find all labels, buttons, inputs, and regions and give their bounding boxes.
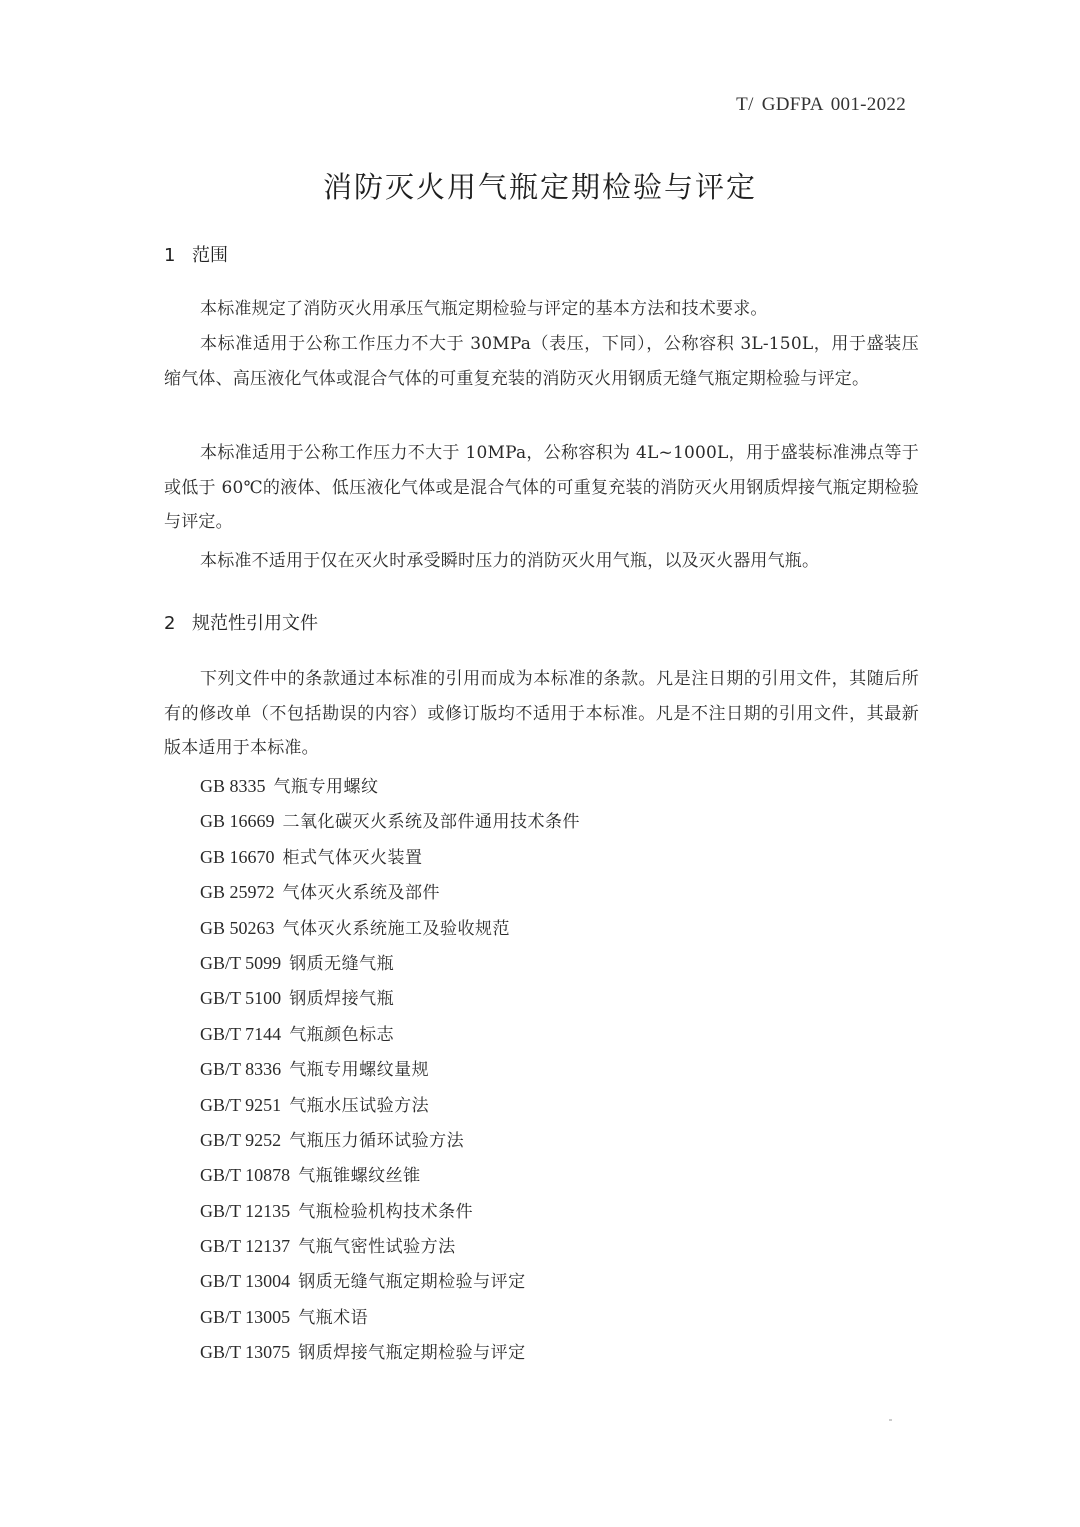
scope-paragraph-4: 本标准不适用于仅在灭火时承受瞬时压力的消防灭火用气瓶，以及灭火器用气瓶。 xyxy=(164,544,919,579)
reference-code: GB/T 8336 xyxy=(200,1059,281,1079)
reference-item: GB/T 13075钢质焊接气瓶定期检验与评定 xyxy=(200,1339,580,1374)
section-number: 2 xyxy=(164,613,192,634)
reference-item: GB/T 12135气瓶检验机构技术条件 xyxy=(200,1198,580,1233)
reference-code: GB/T 5100 xyxy=(200,988,281,1008)
reference-code: GB 25972 xyxy=(200,882,275,902)
section-number: 1 xyxy=(164,245,192,266)
reference-title: 气瓶水压试验方法 xyxy=(289,1096,429,1116)
reference-item: GB/T 8336气瓶专用螺纹量规 xyxy=(200,1056,580,1091)
reference-code: GB/T 12137 xyxy=(200,1236,290,1256)
reference-item: GB 25972气体灭火系统及部件 xyxy=(200,879,580,914)
reference-title: 气瓶检验机构技术条件 xyxy=(298,1202,473,1222)
reference-code: GB/T 9252 xyxy=(200,1130,281,1150)
reference-code: GB/T 13005 xyxy=(200,1307,290,1327)
reference-list: GB 8335气瓶专用螺纹 GB 16669二氧化碳灭火系统及部件通用技术条件 … xyxy=(200,773,580,1375)
reference-title: 钢质无缝气瓶定期检验与评定 xyxy=(298,1272,526,1292)
reference-title: 钢质无缝气瓶 xyxy=(289,954,394,974)
document-title: 消防灭火用气瓶定期检验与评定 xyxy=(0,165,1080,206)
document-code: T/ GDFPA 001-2022 xyxy=(736,94,906,116)
reference-item: GB/T 5099钢质无缝气瓶 xyxy=(200,950,580,985)
reference-item: GB/T 13005气瓶术语 xyxy=(200,1304,580,1339)
reference-title: 钢质焊接气瓶定期检验与评定 xyxy=(298,1343,526,1363)
reference-title: 气体灭火系统施工及验收规范 xyxy=(283,919,511,939)
reference-item: GB/T 7144气瓶颜色标志 xyxy=(200,1021,580,1056)
scope-paragraph-3: 本标准适用于公称工作压力不大于 10MPa，公称容积为 4L~1000L，用于盛… xyxy=(164,436,919,540)
reference-item: GB 50263气体灭火系统施工及验收规范 xyxy=(200,915,580,950)
reference-item: GB 16669二氧化碳灭火系统及部件通用技术条件 xyxy=(200,808,580,843)
reference-item: GB/T 9251气瓶水压试验方法 xyxy=(200,1092,580,1127)
section-title: 规范性引用文件 xyxy=(192,613,318,634)
reference-item: GB/T 13004钢质无缝气瓶定期检验与评定 xyxy=(200,1268,580,1303)
reference-item: GB/T 9252气瓶压力循环试验方法 xyxy=(200,1127,580,1162)
reference-title: 柜式气体灭火装置 xyxy=(283,848,423,868)
reference-item: GB 8335气瓶专用螺纹 xyxy=(200,773,580,808)
reference-title: 气瓶术语 xyxy=(298,1308,368,1328)
reference-code: GB/T 7144 xyxy=(200,1024,281,1044)
reference-code: GB/T 12135 xyxy=(200,1201,290,1221)
scan-artifact-mark xyxy=(889,1419,892,1421)
reference-code: GB 50263 xyxy=(200,918,275,938)
reference-code: GB/T 9251 xyxy=(200,1095,281,1115)
reference-title: 气瓶颜色标志 xyxy=(289,1025,394,1045)
scope-paragraph-1: 本标准规定了消防灭火用承压气瓶定期检验与评定的基本方法和技术要求。 xyxy=(164,292,919,327)
reference-item: GB/T 10878气瓶锥螺纹丝锥 xyxy=(200,1162,580,1197)
reference-code: GB/T 13004 xyxy=(200,1271,290,1291)
reference-item: GB 16670柜式气体灭火装置 xyxy=(200,844,580,879)
reference-code: GB 16669 xyxy=(200,811,275,831)
reference-item: GB/T 5100钢质焊接气瓶 xyxy=(200,985,580,1020)
reference-title: 气瓶压力循环试验方法 xyxy=(289,1131,464,1151)
reference-code: GB 16670 xyxy=(200,847,275,867)
reference-title: 二氧化碳灭火系统及部件通用技术条件 xyxy=(283,812,581,832)
reference-title: 气瓶专用螺纹量规 xyxy=(289,1060,429,1080)
reference-code: GB 8335 xyxy=(200,776,266,796)
reference-title: 气瓶气密性试验方法 xyxy=(298,1237,456,1257)
reference-code: GB/T 10878 xyxy=(200,1165,290,1185)
reference-title: 气体灭火系统及部件 xyxy=(283,883,441,903)
section-title: 范围 xyxy=(192,245,228,266)
references-intro-paragraph: 下列文件中的条款通过本标准的引用而成为本标准的条款。凡是注日期的引用文件，其随后… xyxy=(164,662,919,766)
reference-item: GB/T 12137气瓶气密性试验方法 xyxy=(200,1233,580,1268)
reference-title: 钢质焊接气瓶 xyxy=(289,989,394,1009)
section-heading-normative-references: 2规范性引用文件 xyxy=(164,609,318,635)
scope-paragraph-2: 本标准适用于公称工作压力不大于 30MPa（表压，下同），公称容积 3L-150… xyxy=(164,327,919,396)
document-page: T/ GDFPA 001-2022 消防灭火用气瓶定期检验与评定 1范围 本标准… xyxy=(0,0,1080,1527)
reference-title: 气瓶专用螺纹 xyxy=(274,777,379,797)
section-heading-scope: 1范围 xyxy=(164,241,228,267)
reference-code: GB/T 13075 xyxy=(200,1342,290,1362)
reference-code: GB/T 5099 xyxy=(200,953,281,973)
reference-title: 气瓶锥螺纹丝锥 xyxy=(298,1166,421,1186)
